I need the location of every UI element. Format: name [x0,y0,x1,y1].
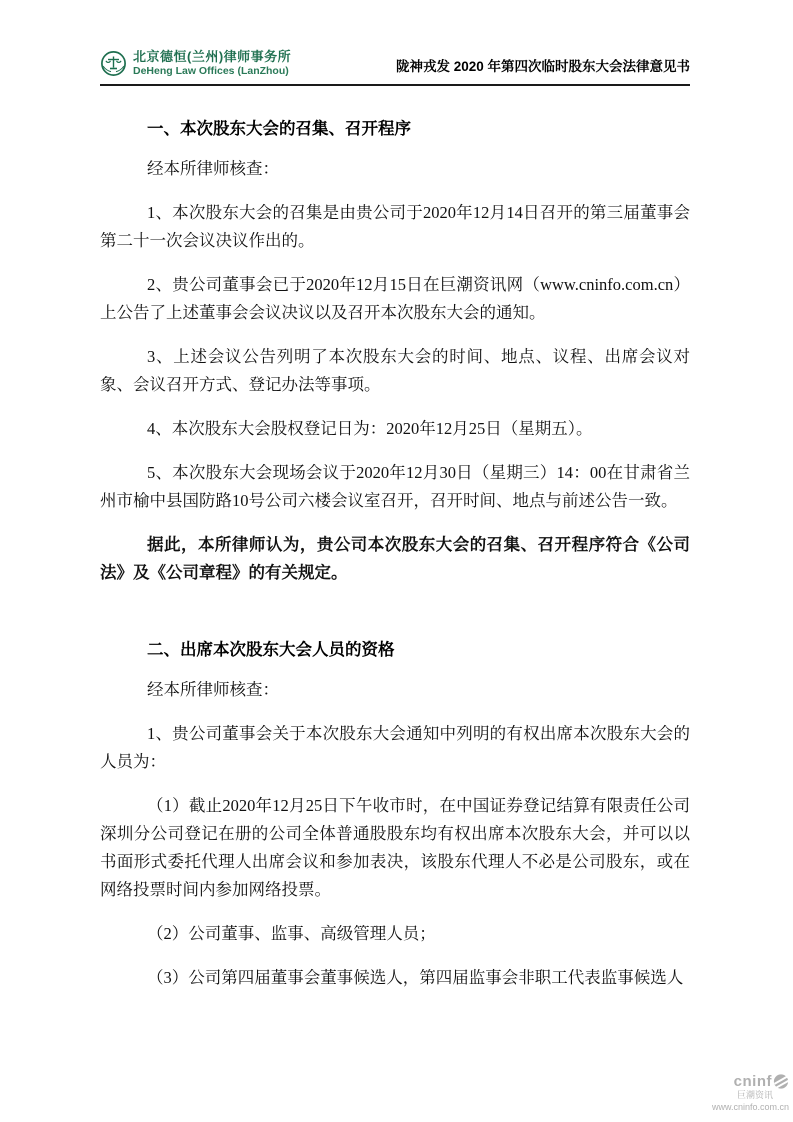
section-2-item-1-1: （1）截止2020年12月25日下午收市时，在中国证券登记结算有限责任公司深圳分… [100,792,690,904]
section-2-item-1-2: （2）公司董事、监事、高级管理人员； [100,920,690,948]
section-2-heading: 二、出席本次股东大会人员的资格 [100,640,690,660]
section-1-item-5: 5、本次股东大会现场会议于2020年12月30日（星期三）14：00在甘肃省兰州… [100,459,690,515]
cninfo-swirl-icon [773,1074,789,1089]
firm-name-cn: 北京德恒(兰州)律师事务所 [133,50,291,65]
firm-name-en: DeHeng Law Offices (LanZhou) [133,65,291,77]
cninfo-site-url: www.cninfo.com.cn [703,1103,789,1113]
cninfo-watermark: cninf 巨潮资讯 www.cninfo.com.cn [703,1074,789,1113]
cninfo-logo-row: cninf [703,1074,789,1091]
section-1-item-1: 1、本次股东大会的召集是由贵公司于2020年12月14日召开的第三届董事会第二十… [100,199,690,255]
firm-name-block: 北京德恒(兰州)律师事务所 DeHeng Law Offices (LanZho… [133,50,291,77]
document-page: 北京德恒(兰州)律师事务所 DeHeng Law Offices (LanZho… [0,0,793,1122]
section-2-item-1: 1、贵公司董事会关于本次股东大会通知中列明的有权出席本次股东大会的人员为： [100,720,690,776]
cninfo-logo-text: cninf [734,1074,772,1091]
section-1-heading: 一、本次股东大会的召集、召开程序 [100,119,690,139]
section-2-item-1-3: （3）公司第四届董事会董事候选人，第四届监事会非职工代表监事候选人 [100,964,690,992]
section-1-item-3: 3、上述会议公告列明了本次股东大会的时间、地点、议程、出席会议对象、会议召开方式… [100,343,690,399]
section-1-conclusion: 据此，本所律师认为，贵公司本次股东大会的召集、召开程序符合《公司法》及《公司章程… [100,531,690,587]
deheng-seal-icon [100,50,127,77]
section-1-lead: 经本所律师核查： [100,155,690,183]
section-2-lead: 经本所律师核查： [100,676,690,704]
cninfo-brand-cn: 巨潮资讯 [703,1091,789,1101]
section-1-item-4: 4、本次股东大会股权登记日为：2020年12月25日（星期五）。 [100,415,690,443]
page-header: 北京德恒(兰州)律师事务所 DeHeng Law Offices (LanZho… [100,50,690,86]
firm-identity: 北京德恒(兰州)律师事务所 DeHeng Law Offices (LanZho… [100,50,291,77]
section-1-item-2: 2、贵公司董事会已于2020年12月15日在巨潮资讯网（www.cninfo.c… [100,271,690,327]
document-body: 一、本次股东大会的召集、召开程序 经本所律师核查： 1、本次股东大会的召集是由贵… [100,119,690,992]
document-title: 陇神戎发 2020 年第四次临时股东大会法律意见书 [396,55,690,77]
